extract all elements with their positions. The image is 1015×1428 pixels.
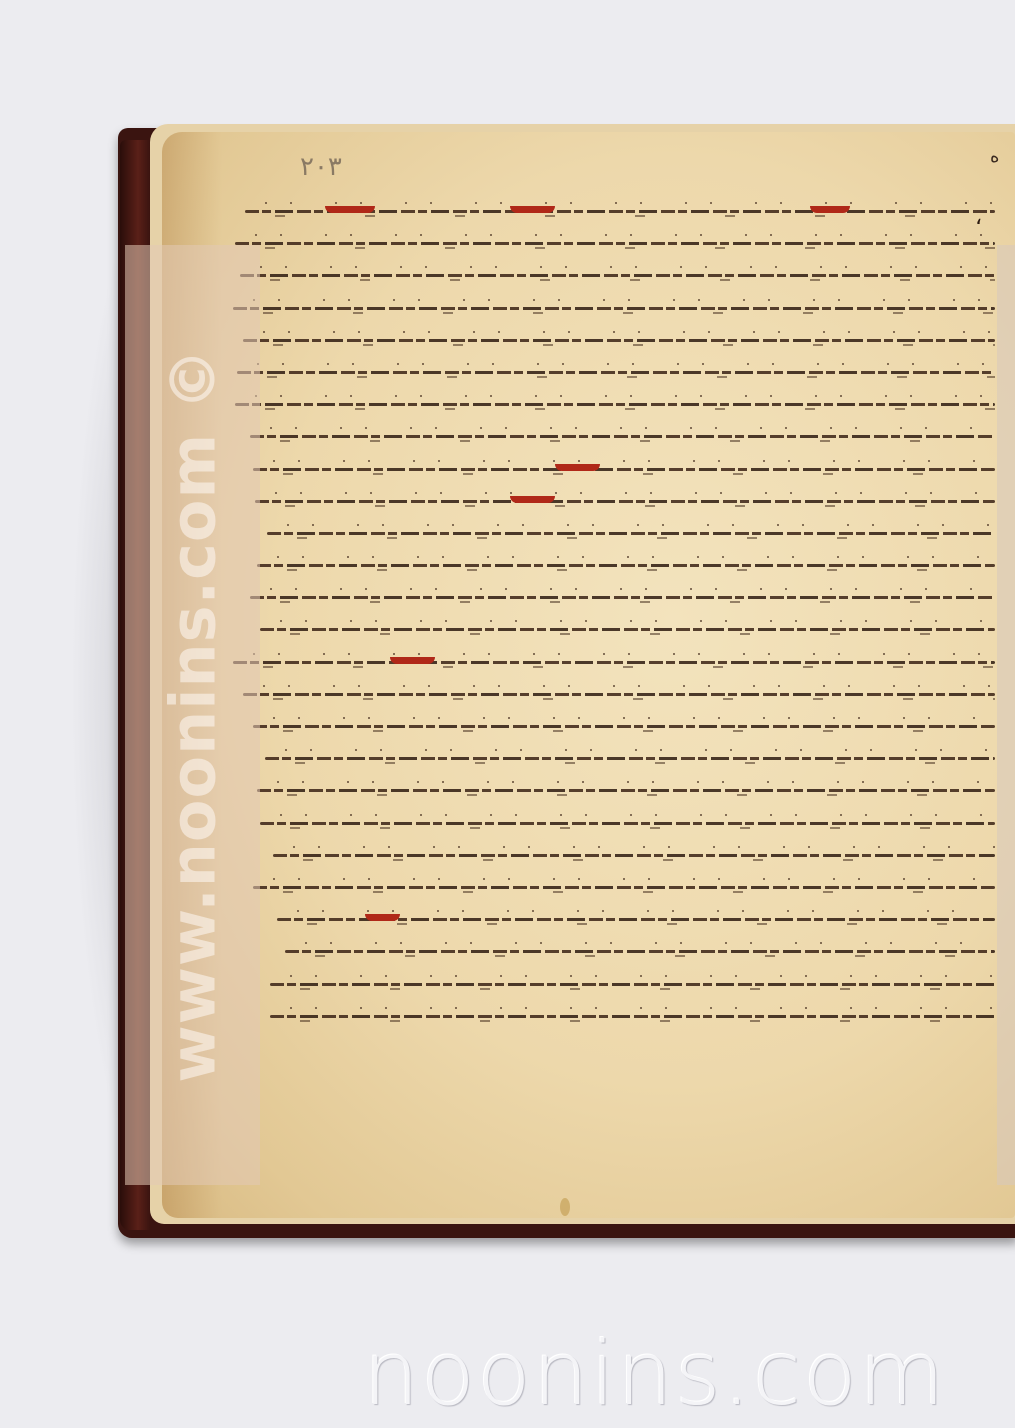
manuscript-line: [225, 874, 995, 906]
manuscript-line: [225, 842, 995, 874]
manuscript-line: [225, 971, 995, 1003]
manuscript-line: [225, 520, 995, 552]
script-line-ink: [260, 822, 995, 825]
script-line-ink: [237, 371, 995, 374]
script-line-ink: [255, 500, 995, 503]
right-watermark-strip: [997, 245, 1015, 1185]
manuscript-line: [225, 359, 995, 391]
script-line-ink: [273, 854, 995, 857]
script-line-ink: [250, 596, 995, 599]
script-line-ink: [257, 789, 995, 792]
script-line-ink: [233, 661, 995, 664]
script-line-ink: [257, 564, 995, 567]
rubric-stroke: [390, 657, 435, 664]
script-line-ink: [270, 1015, 995, 1018]
manuscript-line: [225, 584, 995, 616]
manuscript-line: [225, 649, 995, 681]
manuscript-line: [225, 713, 995, 745]
script-line-ink: [253, 468, 995, 471]
folio-number: ٢٠٣: [300, 152, 342, 182]
manuscript-line: [225, 456, 995, 488]
script-line-ink: [260, 628, 995, 631]
rubric-stroke: [810, 206, 850, 213]
script-line-ink: [250, 435, 995, 438]
manuscript-line: [225, 391, 995, 423]
manuscript-line: [225, 423, 995, 455]
manuscript-line: [225, 262, 995, 294]
manuscript-text-block: [225, 198, 995, 1035]
script-line-ink: [243, 339, 995, 342]
rubric-stroke: [510, 496, 555, 503]
manuscript-line: [225, 938, 995, 970]
script-line-ink: [235, 403, 995, 406]
rubric-stroke: [510, 206, 555, 213]
manuscript-line: [225, 1003, 995, 1035]
manuscript-line: [225, 488, 995, 520]
manuscript-line: [225, 230, 995, 262]
script-line-ink: [285, 950, 995, 953]
bottom-watermark: noonins.com: [330, 1322, 980, 1425]
manuscript-line: [225, 295, 995, 327]
script-line-ink: [235, 242, 995, 245]
rubric-stroke: [555, 464, 600, 471]
script-line-ink: [267, 532, 995, 535]
script-line-ink: [233, 307, 995, 310]
rubric-stroke: [325, 206, 375, 213]
rubric-stroke: [365, 914, 400, 921]
corner-mark: ه: [990, 146, 999, 167]
manuscript-line: [225, 198, 995, 230]
manuscript-line: [225, 810, 995, 842]
script-line-ink: [253, 725, 995, 728]
script-line-ink: [253, 886, 995, 889]
page-stain: [560, 1198, 570, 1216]
vertical-watermark-text: www.noonins.com ©: [156, 347, 229, 1082]
script-line-ink: [270, 983, 995, 986]
manuscript-line: [225, 616, 995, 648]
manuscript-line: [225, 327, 995, 359]
manuscript-line: [225, 552, 995, 584]
vertical-watermark: www.noonins.com ©: [125, 245, 260, 1185]
script-line-ink: [265, 757, 995, 760]
manuscript-line: [225, 906, 995, 938]
script-line-ink: [243, 693, 995, 696]
manuscript-line: [225, 777, 995, 809]
script-line-ink: [240, 274, 995, 277]
manuscript-line: [225, 745, 995, 777]
manuscript-line: [225, 681, 995, 713]
